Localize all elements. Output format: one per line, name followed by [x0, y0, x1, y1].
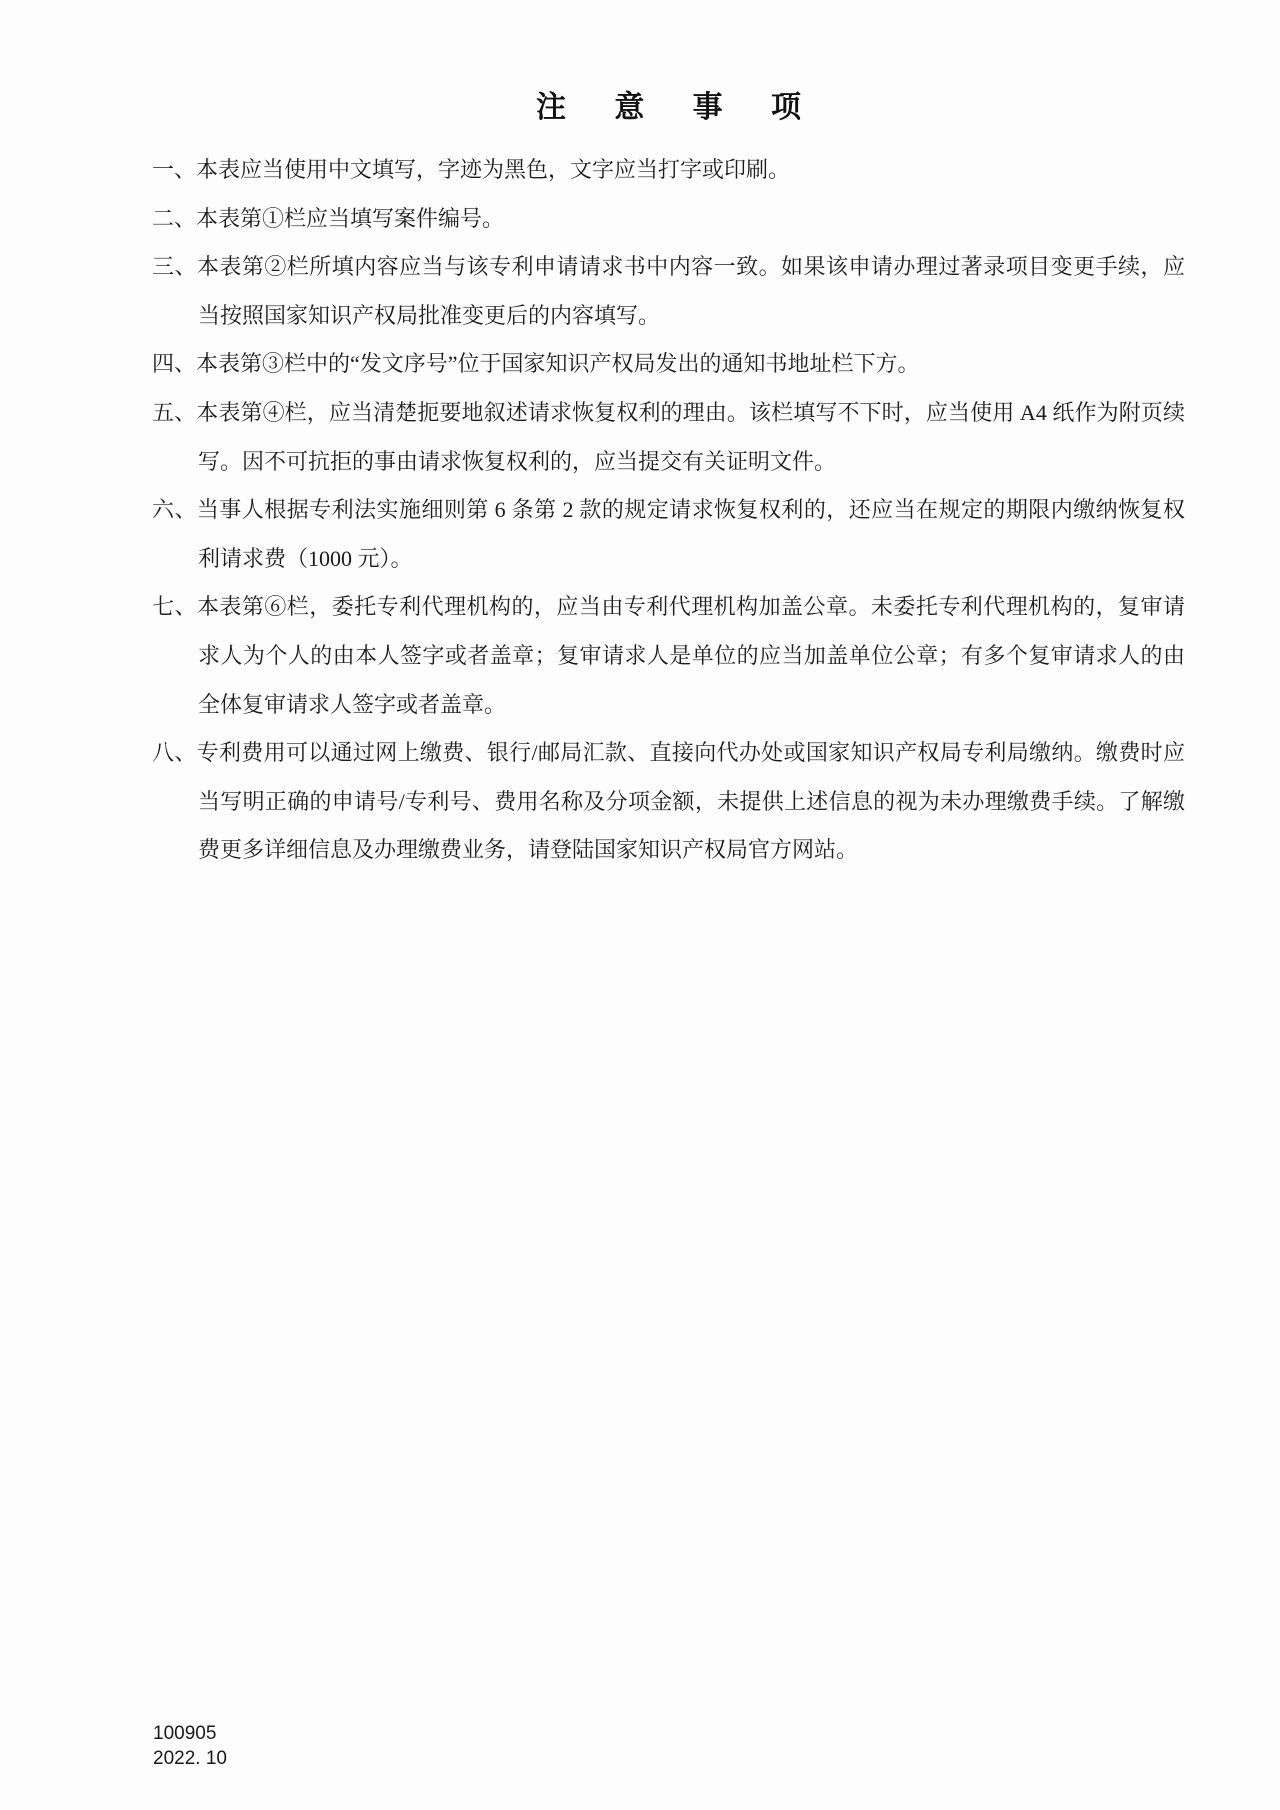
notice-item: 三、本表第②栏所填内容应当与该专利申请请求书中内容一致。如果该申请办理过著录项目…	[152, 243, 1185, 340]
notice-item: 一、本表应当使用中文填写，字迹为黑色，文字应当打字或印刷。	[152, 146, 1185, 195]
item-text: 本表第③栏中的“发文序号”位于国家知识产权局发出的通知书地址栏下方。	[196, 351, 920, 376]
notice-item: 四、本表第③栏中的“发文序号”位于国家知识产权局发出的通知书地址栏下方。	[152, 340, 1185, 389]
item-number: 一、	[152, 157, 196, 182]
form-code: 100905	[153, 1721, 227, 1746]
notice-page: 注 意 事 项 一、本表应当使用中文填写，字迹为黑色，文字应当打字或印刷。 二、…	[0, 0, 1280, 1810]
notice-item: 五、本表第④栏，应当清楚扼要地叙述请求恢复权利的理由。该栏填写不下时，应当使用 …	[152, 389, 1185, 486]
item-text: 当事人根据专利法实施细则第 6 条第 2 款的规定请求恢复权利的，还应当在规定的…	[197, 497, 1185, 571]
item-text: 专利费用可以通过网上缴费、银行/邮局汇款、直接向代办处或国家知识产权局专利局缴纳…	[197, 740, 1185, 862]
notice-item: 七、本表第⑥栏，委托专利代理机构的，应当由专利代理机构加盖公章。未委托专利代理机…	[152, 583, 1185, 729]
notice-item: 二、本表第①栏应当填写案件编号。	[152, 195, 1185, 244]
notice-item: 六、当事人根据专利法实施细则第 6 条第 2 款的规定请求恢复权利的，还应当在规…	[152, 486, 1185, 583]
item-number: 二、	[152, 206, 196, 231]
item-number: 三、	[152, 254, 197, 279]
item-text: 本表第②栏所填内容应当与该专利申请请求书中内容一致。如果该申请办理过著录项目变更…	[197, 254, 1185, 328]
page-footer: 100905 2022. 10	[153, 1721, 227, 1771]
item-text: 本表第④栏，应当清楚扼要地叙述请求恢复权利的理由。该栏填写不下时，应当使用 A4…	[196, 400, 1185, 474]
item-number: 五、	[152, 400, 196, 425]
page-title: 注 意 事 项	[152, 82, 1185, 126]
item-number: 八、	[152, 740, 197, 765]
item-text: 本表应当使用中文填写，字迹为黑色，文字应当打字或印刷。	[196, 157, 790, 182]
form-version-date: 2022. 10	[153, 1746, 227, 1771]
notice-list: 一、本表应当使用中文填写，字迹为黑色，文字应当打字或印刷。 二、本表第①栏应当填…	[152, 146, 1185, 875]
item-text: 本表第①栏应当填写案件编号。	[196, 206, 504, 231]
item-number: 四、	[152, 351, 196, 376]
item-number: 七、	[152, 594, 197, 619]
item-text: 本表第⑥栏，委托专利代理机构的，应当由专利代理机构加盖公章。未委托专利代理机构的…	[197, 594, 1185, 716]
item-number: 六、	[152, 497, 197, 522]
notice-item: 八、专利费用可以通过网上缴费、银行/邮局汇款、直接向代办处或国家知识产权局专利局…	[152, 729, 1185, 875]
